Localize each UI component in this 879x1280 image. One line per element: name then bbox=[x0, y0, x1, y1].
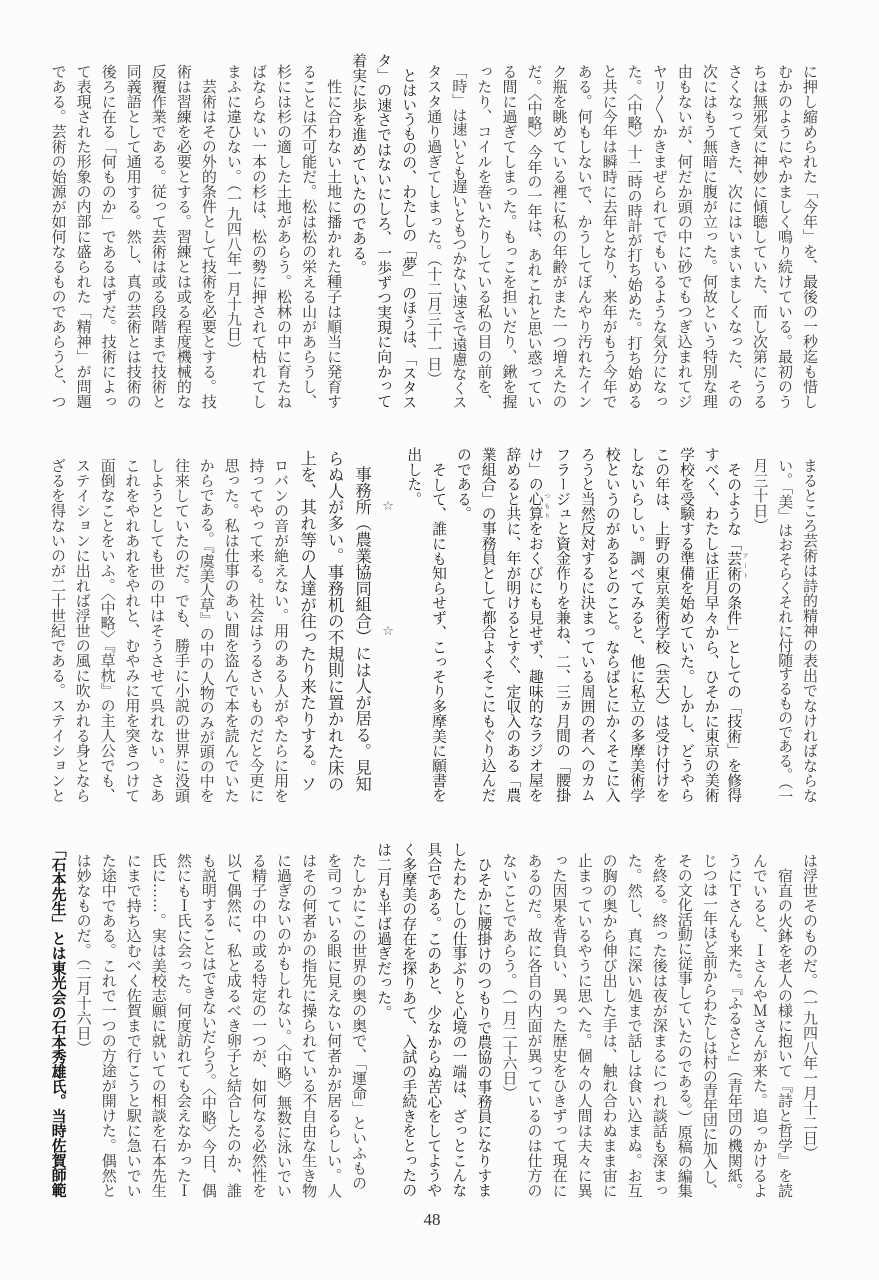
text-column: 後ろに在る「何ものか」であるはずだ。技術によっ bbox=[96, 53, 121, 409]
text-column: 性に合わない土地に播かれた種子は順当に発育す bbox=[321, 53, 346, 409]
text-column: これをやれあれをやれと、むやみに用を突きつけて bbox=[120, 447, 145, 803]
author-note-column: 「石本先生」とは東光会の石本秀雄氏。当時佐賀師範 bbox=[46, 842, 71, 1198]
text-column: 術は習練を必要とする。習練とは或る程度機械的な bbox=[171, 53, 196, 409]
text-column: しようとしても世の中はそうさせて呉れない。さあ bbox=[144, 447, 169, 803]
text-column: に過ぎないのかもしれない。〈中略〉無数に泳いでい bbox=[271, 842, 296, 1198]
text-column: 宿直の火鉢を老人の様に抱いて『詩と哲学』を読 bbox=[772, 842, 797, 1198]
text-column: タ」の速さではないにしろ、一歩ずつ実現に向かって bbox=[371, 53, 396, 409]
text-column: を終る。終った後は夜が深まるにつれ談話も深まっ bbox=[647, 842, 672, 1198]
text-column: て表現された形象の内部に盛られた「精神」が問題 bbox=[71, 53, 96, 409]
text-column: からである。『虞美人草』の中の人物のみが頭の中を bbox=[194, 447, 219, 803]
ruby-base: 心算 bbox=[527, 491, 544, 521]
ruby-base: 芸術 bbox=[725, 551, 742, 581]
text-column: 反覆作業である。従って芸術は或る段階まで技術と bbox=[146, 53, 171, 409]
text-column: のである。 bbox=[450, 447, 475, 803]
text-column: たしかにこの世界の奥の奥で、「運命」といふもの bbox=[346, 842, 371, 1198]
text-column: そのような「芸術アートの条件」としての「技術」を修得 bbox=[723, 447, 748, 803]
text-column: と共に今年は瞬時に去年となり、来年がもう今年で bbox=[597, 53, 622, 409]
text-column: ばならない一本の杉は、松の勢に押されて枯れてし bbox=[246, 53, 271, 409]
text-column: タスタ通り過ぎてしまった。（十二月三十一日） bbox=[421, 53, 446, 409]
text-column: る間に過ぎてしまった。もっこを担いだり、鍬を握 bbox=[496, 53, 521, 409]
text-column: 出した。 bbox=[400, 447, 425, 803]
text-column: い。「美」はおそらくそれに付随するものである。（一 bbox=[772, 447, 797, 803]
text-column-large: らぬ人が多い。事務机の不規則に置かれた床の bbox=[321, 447, 349, 803]
text-column: る精子の中の或る特定の一つが、如何なる必然性を bbox=[246, 842, 271, 1198]
text-column: 学校を受験する準備を始めていた。しかし、どうやら bbox=[673, 447, 698, 803]
text-column: た。然し、真に深い処まで話しは食い込まぬ。お互 bbox=[622, 842, 647, 1198]
text-column: 同義語として通用する。然し、真の芸術とは技術の bbox=[121, 53, 146, 409]
text-column: だ。〈中略〉今年の一年は、あれこれと思い惑ってい bbox=[521, 53, 546, 409]
text-column: むかのようにやかましく鳴り続けている。最初のう bbox=[772, 53, 797, 409]
text-column: ヤリ〳〵かきまぜられてでもいるような気分になっ bbox=[647, 53, 672, 409]
text-column: すべく、わたしは正月早々から、ひそかに東京の美術 bbox=[698, 447, 723, 803]
text-column: は妙なものだ。（二月十六日） bbox=[71, 842, 96, 1198]
star-icon: ☆ bbox=[376, 625, 401, 639]
text-column: 校というのがあるとのこと。ならばとにかくそこに入 bbox=[599, 447, 624, 803]
text-segment: け」の bbox=[527, 447, 544, 491]
text-segment: の条件」としての「技術」を修得 bbox=[725, 580, 742, 802]
ruby-annotated-word: 芸術アート bbox=[725, 551, 742, 581]
text-column: 業組合」の事務員として都合よくそこにもぐり込んだ bbox=[475, 447, 500, 803]
text-column: 月三十日） bbox=[748, 447, 773, 803]
text-column: さくなってきた、次にはいまいましくなった、その bbox=[722, 53, 747, 409]
text-tier-middle: まるところ芸術は詩的精神の表出でなければならな い。「美」はおそらくそれに付随す… bbox=[45, 447, 822, 807]
text-column: け」の心算つもりをおくびにも見せず、趣味的なラジオ屋を bbox=[524, 447, 549, 803]
text-column: ることは不可能だ。松は松の栄える山があらうし、 bbox=[296, 53, 321, 409]
text-column: したわたしの仕事ぶりと心境の一端は、ざっとこんな bbox=[446, 842, 471, 1198]
ruby-reading: つもり bbox=[543, 491, 550, 521]
text-column: 持ってやって来る。社会はうるさいものだと今更に bbox=[244, 447, 269, 803]
text-column: 往来していたのだ。でも、勝手に小説の世界に没頭 bbox=[169, 447, 194, 803]
text-column: 杉には杉の適した土地があらう。松林の中に育たね bbox=[271, 53, 296, 409]
text-column: である。芸術の始源が如何なるものであらうと、つ bbox=[46, 53, 71, 409]
text-column-large: 事務所（農業協同組合）には人が居る。見知 bbox=[348, 447, 376, 803]
text-column: く多摩美の存在を探りあて、入試の手続きをとったの bbox=[396, 842, 421, 1198]
document-page: に押し縮められた「今年」を、最後の一秒迄も惜し むかのようにやかましく鳴り続けて… bbox=[0, 0, 879, 1280]
page-number: 48 bbox=[407, 1210, 457, 1230]
text-column: ク瓶を眺めている裡に私の年齢がまた一つ増えたの bbox=[546, 53, 571, 409]
text-column: まるところ芸術は詩的精神の表出でなければならな bbox=[797, 447, 822, 803]
text-column: 止まっているやうに思へた。個々の人間は夫々に異 bbox=[572, 842, 597, 1198]
text-column: に押し縮められた「今年」を、最後の一秒迄も惜し bbox=[797, 53, 822, 409]
text-column: ある。何もしないで、かうしてぼんやり汚れたイン bbox=[572, 53, 597, 409]
text-column: ろうと当然反対するに決まっている周囲の者へのカム bbox=[574, 447, 599, 803]
text-column: を司っている眼に見えない何者かが居るらしい。人 bbox=[321, 842, 346, 1198]
text-column: にまで持ち込むべく佐賀まで行こうと駅に急いでい bbox=[121, 842, 146, 1198]
text-column: その文化活動に従事していたのである。）原稿の編集 bbox=[672, 842, 697, 1198]
text-column: この年は、上野の東京美術学校（芸大）は受け付けを bbox=[648, 447, 673, 803]
text-column: 面倒なことをいふ。〈中略〉『草枕』の主人公でも、 bbox=[95, 447, 120, 803]
text-column: った因果を背負い、異った歴史をひきずって現在に bbox=[546, 842, 571, 1198]
text-column: あるのだ。故に各自の内面が異っているのは仕方の bbox=[521, 842, 546, 1198]
text-segment: そのような「 bbox=[725, 462, 742, 551]
text-column: の胸の奥から伸び出した手は、触れ合わぬまま宙に bbox=[597, 842, 622, 1198]
text-column: ざるを得ないのが二十世紀である。ステイションと bbox=[45, 447, 70, 803]
text-column: フラージュと資金作りを兼ね、二、三ヵ月間の「腰掛 bbox=[549, 447, 574, 803]
text-tier-top: に押し縮められた「今年」を、最後の一秒迄も惜し むかのようにやかましく鳴り続けて… bbox=[45, 53, 822, 413]
text-column: うにＴさんも来た。『ふるさと』（青年団の機関紙。 bbox=[722, 842, 747, 1198]
text-column: ったり、コイルを巻いたりしている私の目の前を、 bbox=[471, 53, 496, 409]
text-column: 「時」は速いとも遅いともつかない速さで遠慮なくス bbox=[446, 53, 471, 409]
text-column: ロバンの音が絶えない。用のある人がやたらに用を bbox=[268, 447, 293, 803]
text-tier-bottom: は浮世そのものだ。（一九四八年一月十二日） 宿直の火鉢を老人の様に抱いて『詩と哲… bbox=[45, 842, 822, 1202]
text-column: は二月も半ば過ぎだった。 bbox=[371, 842, 396, 1198]
text-column: 思った。私は仕事のあい間を盗んで本を読んでいた bbox=[219, 447, 244, 803]
text-column: ステイションに出れば浮世の風に吹かれる身となら bbox=[70, 447, 95, 803]
text-column: も説明することはできないだらう。〈中略〉今日、偶 bbox=[196, 842, 221, 1198]
text-column: 由もないが、何だか頭の中に砂でもつぎ込まれてジ bbox=[672, 53, 697, 409]
text-column: 着実に歩を進めていたのである。 bbox=[346, 53, 371, 409]
text-column: そして、誰にも知らせず、こっそり多摩美に願書を bbox=[425, 447, 450, 803]
section-divider-stars: ☆ ☆ bbox=[376, 447, 401, 803]
star-icon: ☆ bbox=[376, 500, 401, 514]
text-column: 然にもＩ氏に会った。何度訪れても会えなかったＩ bbox=[171, 842, 196, 1198]
text-column: た。〈中略〉十二時の時計が打ち始めた。打ち始める bbox=[622, 53, 647, 409]
text-column: 氏に……。実は美校志願に就いての相談を石本先生 bbox=[146, 842, 171, 1198]
text-column: ないことであらう。（一月二十六日） bbox=[496, 842, 521, 1198]
text-column: んでいると、ＩさんやＭさんが来た。追っかけるよ bbox=[747, 842, 772, 1198]
text-column: ひそかに腰掛けのつもりで農協の事務員になりすま bbox=[471, 842, 496, 1198]
text-column: じつは一年ほど前からわたしは村の青年団に加入し、 bbox=[697, 842, 722, 1198]
text-column: た途中である。これで一つの方途が開けた。偶然と bbox=[96, 842, 121, 1198]
text-column: は浮世そのものだ。（一九四八年一月十二日） bbox=[797, 842, 822, 1198]
text-column: とはいうものの、わたしの「夢」のほうは、「スタス bbox=[396, 53, 421, 409]
text-column: 辞めると共に、年が明けるとすぐ、定収入のある「農 bbox=[500, 447, 525, 803]
text-column: 次にはもう無暗に腹が立った。何故という特別な理 bbox=[697, 53, 722, 409]
text-column-large: 上を、其れ等の人達が往ったり来たりする。ソ bbox=[293, 447, 321, 803]
text-column: ちは無邪気に神妙に傾聴していた、而し次第にうる bbox=[747, 53, 772, 409]
text-column: しないらしい。調べてみると、他に私立の多摩美術学 bbox=[624, 447, 649, 803]
text-column: 芸術はその外的条件として技術を必要とする。技 bbox=[196, 53, 221, 409]
ruby-reading: アート bbox=[741, 551, 748, 581]
ruby-annotated-word: 心算つもり bbox=[527, 491, 544, 521]
text-column: はその何者かの指先に操られている不自由な生き物 bbox=[296, 842, 321, 1198]
text-column: 具合である。このあと、少なからぬ苦心をしてようや bbox=[421, 842, 446, 1198]
text-column: 以て偶然に、私と成るべき卵子と結合したのか、誰 bbox=[221, 842, 246, 1198]
text-column: まふに違ひない。（一九四八年一月十九日） bbox=[221, 53, 246, 409]
text-segment: をおくびにも見せず、趣味的なラジオ屋を bbox=[527, 521, 544, 802]
